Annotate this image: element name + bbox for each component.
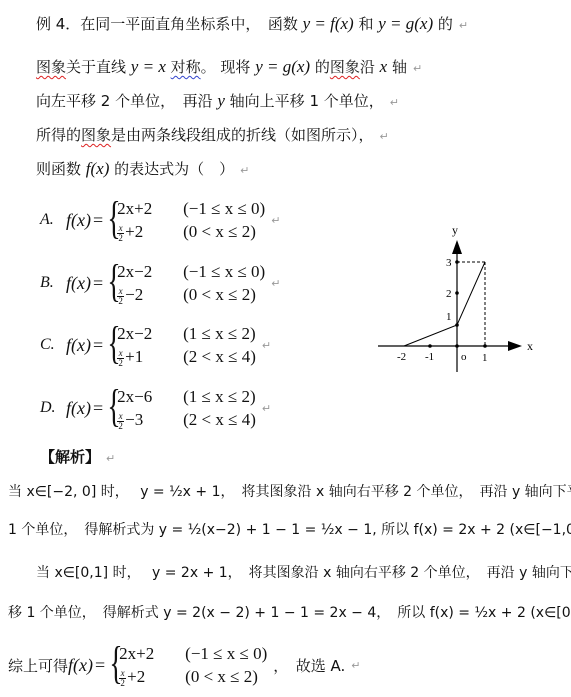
- equals-sign: =: [93, 210, 103, 231]
- case-row: x2−2(0 < x ≤ 2): [117, 283, 265, 306]
- case-expression: +2: [127, 667, 145, 686]
- case-condition: (−1 ≤ x ≤ 0): [183, 260, 265, 283]
- option-a: A. f(x) = { 2x+2(−1 ≤ x ≤ 0) x2+2(0 < x …: [40, 195, 280, 245]
- function-name: f(x): [66, 398, 91, 419]
- x-tick-label: 1: [482, 352, 488, 364]
- case-expression: +2: [125, 222, 143, 241]
- paragraph-mark-icon: ↵: [262, 339, 271, 352]
- case-row: x2+2(0 < x ≤ 2): [117, 220, 265, 243]
- spell-underlined-text: 图象: [81, 126, 111, 144]
- option-label: B.: [40, 274, 66, 292]
- case-expression: 2x−6: [117, 385, 183, 408]
- grammar-underlined-text: 对称: [171, 58, 201, 76]
- case-row: x2+1(2 < x ≤ 4): [117, 345, 256, 368]
- problem-line-2: 图象关于直线 y = x 对称。 现将 y = g(x) 的图象沿 x 轴↵: [36, 57, 422, 79]
- option-b: B. f(x) = { 2x−2(−1 ≤ x ≤ 0) x2−2(0 < x …: [40, 258, 280, 308]
- piecewise-cases: 2x+2(−1 ≤ x ≤ 0) x2+2(0 < x ≤ 2): [117, 197, 265, 243]
- case-condition: (0 < x ≤ 2): [185, 665, 258, 688]
- option-label: D.: [40, 399, 66, 417]
- solution-conclusion: 综上可得 f(x) = { 2x+2(−1 ≤ x ≤ 0) x2+2(0 < …: [8, 640, 361, 690]
- function-name: f(x): [68, 655, 93, 676]
- text: 。 现将: [201, 58, 256, 76]
- case-condition: (−1 ≤ x ≤ 0): [183, 197, 265, 220]
- left-brace-icon: {: [108, 320, 115, 366]
- paragraph-mark-icon: ↵: [351, 659, 360, 672]
- solution-heading: 【解析】↵: [40, 447, 115, 469]
- problem-line-3: 向左平移 2 个单位， 再沿 y 轴向上平移 1 个单位，↵: [36, 91, 399, 113]
- paragraph-mark-icon: ↵: [390, 96, 399, 109]
- piecewise-cases: 2x−6(1 ≤ x ≤ 2) x2−3(2 < x ≤ 4): [117, 385, 256, 431]
- case-row: 2x−2(−1 ≤ x ≤ 0): [117, 260, 265, 283]
- solution-line-4: 移 1 个单位， 得解析式 y = 2(x − 2) + 1 − 1 = 2x …: [8, 603, 571, 623]
- case-condition: (0 < x ≤ 2): [183, 283, 256, 306]
- text: 的表达式为（ ）: [109, 160, 234, 178]
- text: 和: [354, 15, 379, 33]
- case-condition: (−1 ≤ x ≤ 0): [185, 642, 267, 665]
- case-expression: 2x−2: [117, 322, 183, 345]
- case-row: x2+2(0 < x ≤ 2): [119, 665, 267, 688]
- solution-line-1: 当 x∈[−2, 0] 时， y = ½x + 1， 将其图象沿 x 轴向右平移…: [8, 482, 571, 502]
- solution-line-3: 当 x∈[0,1] 时， y = 2x + 1， 将其图象沿 x 轴向右平移 2…: [36, 563, 571, 583]
- option-c: C. f(x) = { 2x−2(1 ≤ x ≤ 2) x2+1(2 < x ≤…: [40, 320, 271, 370]
- case-expression: +1: [125, 347, 143, 366]
- case-expression: 2x+2: [117, 197, 183, 220]
- math-y-gx: y = g(x): [378, 14, 433, 33]
- text: 是由两条线段组成的折线（如图所示），: [111, 126, 374, 144]
- case-row: 2x+2(−1 ≤ x ≤ 0): [117, 197, 265, 220]
- y-tick-label: 2: [446, 288, 452, 300]
- paragraph-mark-icon: ↵: [106, 452, 115, 465]
- case-condition: (1 ≤ x ≤ 2): [183, 385, 255, 408]
- left-brace-icon: {: [108, 195, 115, 241]
- paragraph-mark-icon: ↵: [240, 164, 249, 177]
- case-row: x2−3(2 < x ≤ 4): [117, 408, 256, 431]
- piecewise-cases: 2x+2(−1 ≤ x ≤ 0) x2+2(0 < x ≤ 2): [119, 642, 267, 688]
- option-d: D. f(x) = { 2x−6(1 ≤ x ≤ 2) x2−3(2 < x ≤…: [40, 383, 271, 433]
- text: 关于直线: [66, 58, 131, 76]
- problem-line-1: 例 4．在同一平面直角坐标系中， 函数 y = f(x) 和 y = g(x) …: [36, 14, 468, 36]
- left-brace-icon: {: [108, 258, 115, 304]
- case-expression: 2x−2: [117, 260, 183, 283]
- function-name: f(x): [66, 335, 91, 356]
- equals-sign: =: [95, 655, 105, 676]
- case-row: 2x+2(−1 ≤ x ≤ 0): [119, 642, 267, 665]
- text: 轴: [387, 58, 407, 76]
- equals-sign: =: [93, 273, 103, 294]
- y-axis-arrow-icon: [452, 240, 462, 254]
- left-brace-icon: {: [108, 383, 115, 429]
- paragraph-mark-icon: ↵: [413, 62, 422, 75]
- text: 的: [310, 58, 330, 76]
- text: 轴向上平移 1 个单位，: [225, 92, 384, 110]
- piecewise-cases: 2x−2(−1 ≤ x ≤ 0) x2−2(0 < x ≤ 2): [117, 260, 265, 306]
- option-label: A.: [40, 211, 66, 229]
- option-label: C.: [40, 336, 66, 354]
- origin-label: o: [461, 351, 467, 363]
- x-axis-label: x: [527, 339, 533, 353]
- x-tick-label: -2: [397, 351, 406, 363]
- equals-sign: =: [93, 398, 103, 419]
- y-tick-label: 1: [446, 311, 452, 323]
- spell-underlined-text: 图象: [36, 58, 66, 76]
- function-name: f(x): [66, 210, 91, 231]
- case-condition: (0 < x ≤ 2): [183, 220, 256, 243]
- math-fx: f(x): [86, 159, 110, 178]
- case-expression: −3: [125, 410, 143, 429]
- case-condition: (2 < x ≤ 4): [183, 408, 256, 431]
- case-expression: 2x+2: [119, 642, 185, 665]
- text: 所得的: [36, 126, 81, 144]
- case-expression: −2: [125, 285, 143, 304]
- paragraph-mark-icon: ↵: [459, 19, 468, 32]
- function-name: f(x): [66, 273, 91, 294]
- x-tick-label: -1: [425, 351, 434, 363]
- paragraph-mark-icon: ↵: [380, 130, 389, 143]
- math-y-eq-x: y = x: [131, 57, 166, 76]
- y-tick-label: 3: [446, 257, 452, 269]
- math-y: y: [217, 91, 225, 110]
- case-condition: (1 ≤ x ≤ 2): [183, 322, 255, 345]
- spell-underlined-text: 图象: [330, 58, 360, 76]
- case-row: 2x−6(1 ≤ x ≤ 2): [117, 385, 256, 408]
- function-polyline: [404, 262, 485, 346]
- y-axis-label: y: [452, 223, 458, 237]
- conclusion-suffix: ， 故选 A.: [273, 655, 345, 676]
- text: 则函数: [36, 160, 86, 178]
- solution-line-2: 1 个单位， 得解析式为 y = ½(x−2) + 1 − 1 = ½x − 1…: [8, 520, 571, 540]
- text: 的: [433, 15, 453, 33]
- conclusion-prefix: 综上可得: [8, 655, 68, 676]
- equals-sign: =: [93, 335, 103, 356]
- math-y-fx: y = f(x): [303, 14, 354, 33]
- problem-line-4: 所得的图象是由两条线段组成的折线（如图所示），↵: [36, 125, 389, 147]
- case-condition: (2 < x ≤ 4): [183, 345, 256, 368]
- x-axis-arrow-icon: [508, 341, 522, 351]
- text: 例 4．在同一平面直角坐标系中， 函数: [36, 15, 303, 33]
- paragraph-mark-icon: ↵: [271, 277, 280, 290]
- math-y-gx: y = g(x): [255, 57, 310, 76]
- paragraph-mark-icon: ↵: [271, 214, 280, 227]
- left-brace-icon: {: [110, 640, 117, 686]
- piecewise-cases: 2x−2(1 ≤ x ≤ 2) x2+1(2 < x ≤ 4): [117, 322, 256, 368]
- paragraph-mark-icon: ↵: [262, 402, 271, 415]
- coordinate-graph: x y -2 -1 1 o 1 2 3: [360, 215, 550, 385]
- case-row: 2x−2(1 ≤ x ≤ 2): [117, 322, 256, 345]
- text: 沿: [360, 58, 380, 76]
- text: 向左平移 2 个单位， 再沿: [36, 92, 217, 110]
- problem-line-5: 则函数 f(x) 的表达式为（ ）↵: [36, 159, 249, 181]
- heading-text: 【解析】: [40, 448, 100, 466]
